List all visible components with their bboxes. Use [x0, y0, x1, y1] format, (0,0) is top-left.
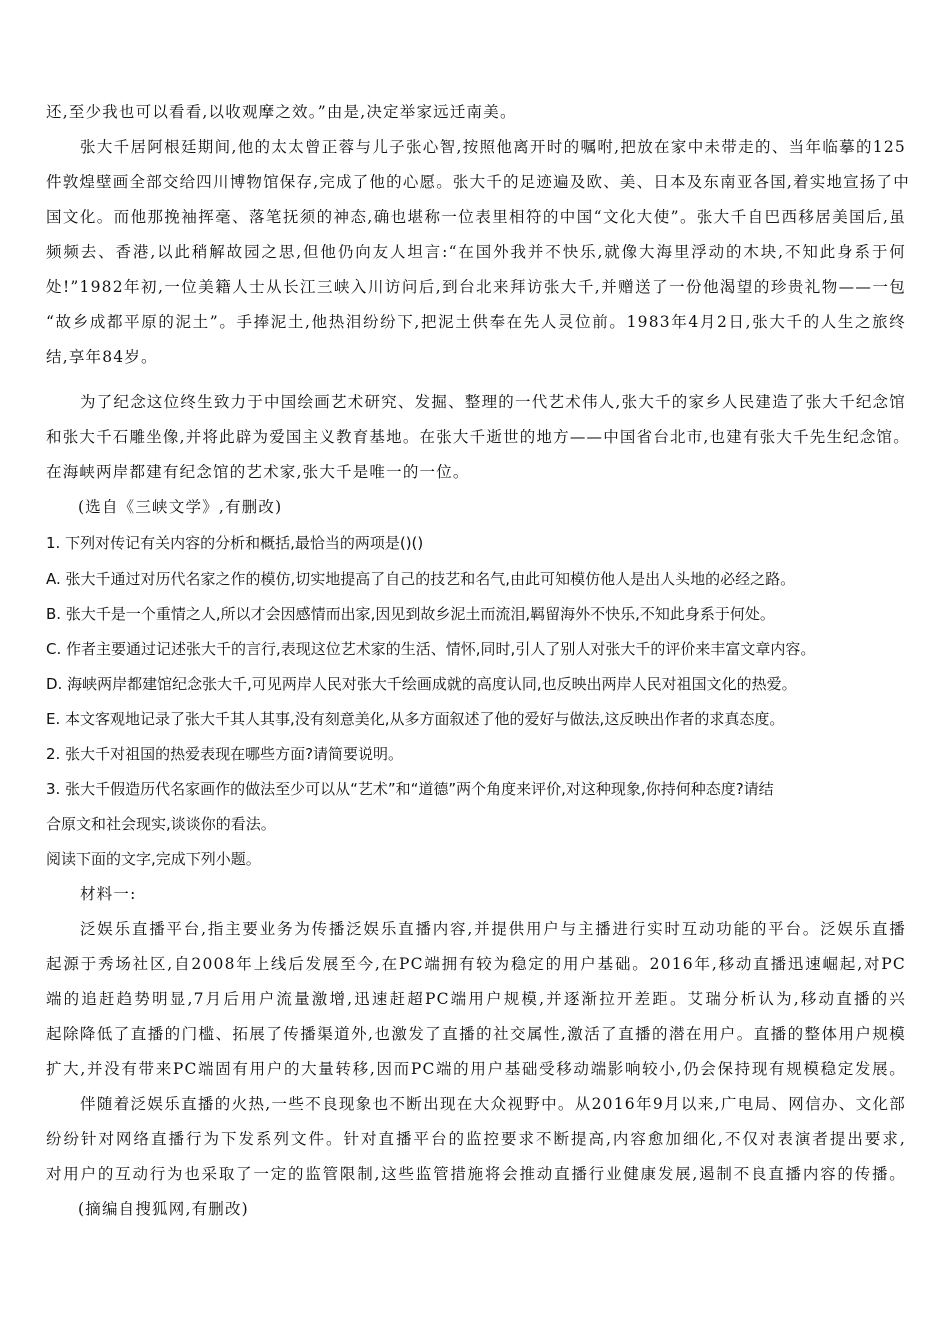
option-e: E. 本文客观地记录了张大千其人其事,没有刻意美化,从多方面叙述了他的爱好与做法… — [46, 709, 784, 729]
option-c: C. 作者主要通过记述张大千的言行,表现这位艺术家的生活、情怀,同时,引人了别人… — [46, 639, 815, 659]
passage-line: 在海峡两岸都建有纪念馆的艺术家,张大千是唯一的一位。 — [46, 462, 470, 482]
passage-line: 件敦煌壁画全部交给四川博物馆保存,完成了他的心愿。张大千的足迹遍及欧、美、日本及… — [46, 172, 906, 192]
passage-line: 频频去、香港,以此稍解故园之思,但他仍向友人坦言:“在国外我并不快乐,就像大海里… — [46, 242, 906, 262]
material-title: 材料一: — [80, 884, 137, 904]
passage-line: 和张大千石雕坐像,并将此辟为爱国主义教育基地。在张大千逝世的地方——中国省台北市… — [46, 427, 906, 447]
passage-line: 为了纪念这位终生致力于中国绘画艺术研究、发掘、整理的一代艺术伟人,张大千的家乡人… — [80, 392, 906, 412]
question-1: 1. 下列对传记有关内容的分析和概括,最恰当的两项是()() — [46, 533, 423, 553]
passage-line: “故乡成都平原的泥土”。手捧泥土,他热泪纷纷下,把泥土供奉在先人灵位前。1983… — [46, 312, 906, 332]
material-line: 端的追赶趋势明显,7月后用户流量激增,迅速赶超PC端用户规模,并逐渐拉开差距。艾… — [46, 989, 906, 1009]
option-b: B. 张大千是一个重情之人,所以才会因感情而出家,因见到故乡泥土而流泪,羁留海外… — [46, 604, 775, 624]
material-line: 泛娱乐直播平台,指主要业务为传播泛娱乐直播内容,并提供用户与主播进行实时互动功能… — [80, 919, 906, 939]
passage-line: 国文化。而他那挽袖挥毫、落笔抚须的神态,确也堪称一位表里相符的中国“文化大使”。… — [46, 207, 906, 227]
material-line: 扩大,并没有带来PC端固有用户的大量转移,因而PC端的用户基础受移动端影响较小,… — [46, 1059, 906, 1079]
reading-instruction: 阅读下面的文字,完成下列小题。 — [46, 849, 261, 869]
source-note: (选自《三峡文学》,有删改) — [78, 497, 282, 517]
question-2: 2. 张大千对祖国的热爱表现在哪些方面?请简要说明。 — [46, 744, 403, 764]
passage-line: 张大千居阿根廷期间,他的太太曾正蓉与儿子张心智,按照他离开时的嘱咐,把放在家中未… — [80, 137, 906, 157]
material-line: 起除降低了直播的门槛、拓展了传播渠道外,也激发了直播的社交属性,激活了直播的潜在… — [46, 1024, 906, 1044]
question-3-cont: 合原文和社会现实,谈谈你的看法。 — [46, 814, 276, 834]
option-a: A. 张大千通过对历代名家之作的模仿,切实地提高了自己的技艺和名气,由此可知模仿… — [46, 569, 795, 589]
passage-line: 处!”1982年初,一位美籍人士从长江三峡入川访问后,到台北来拜访张大千,并赠送… — [46, 277, 906, 297]
material-line: 对用户的互动行为也采取了一定的监管限制,这些监管措施将会推动直播行业健康发展,遏… — [46, 1164, 906, 1184]
question-3: 3. 张大千假造历代名家画作的做法至少可以从“艺术”和“道德”两个角度来评价,对… — [46, 779, 774, 799]
passage-line: 还,至少我也可以看看,以收观摩之效。”由是,决定举家远迁南美。 — [46, 102, 517, 122]
option-d: D. 海峡两岸都建馆纪念张大千,可见两岸人民对张大千绘画成就的高度认同,也反映出… — [46, 674, 797, 694]
material-line: 纷纷针对网络直播行为下发系列文件。针对直播平台的监控要求不断提高,内容愈加细化,… — [46, 1129, 906, 1149]
source-note: (摘编自搜狐网,有删改) — [78, 1199, 249, 1219]
material-line: 伴随着泛娱乐直播的火热,一些不良现象也不断出现在大众视野中。从2016年9月以来… — [80, 1094, 906, 1114]
material-line: 起源于秀场社区,自2008年上线后发展至今,在PC端拥有较为稳定的用户基础。20… — [46, 954, 906, 974]
passage-line: 结,享年84岁。 — [46, 347, 158, 367]
